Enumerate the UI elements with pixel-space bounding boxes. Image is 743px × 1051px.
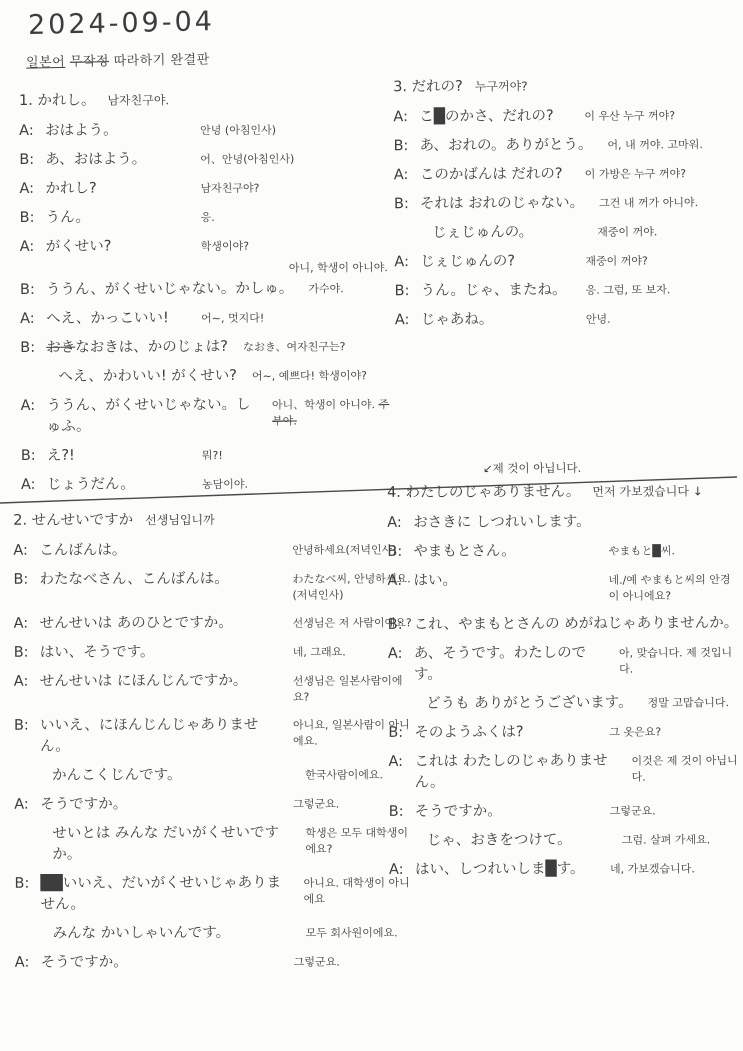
- korean-annotation: 어、안녕(아침인사): [200, 151, 294, 167]
- dialogue-line: A:こ█のかさ、だれの?이 우산 누구 꺼야?: [393, 103, 739, 126]
- korean-annotation: 그렇군요.: [293, 796, 339, 812]
- japanese-text: おさきに しつれいします。: [413, 510, 593, 532]
- section-title-korean: 남자친구야.: [107, 93, 169, 107]
- speaker-label: A:: [13, 543, 39, 559]
- text-segment: 무작정: [70, 54, 109, 70]
- japanese-text: がくせい?: [46, 234, 186, 256]
- korean-annotation: 안녕.: [586, 311, 611, 327]
- japanese-text: ううん、がくせいじゃない。かしゅ。: [46, 277, 293, 299]
- speaker-label: A:: [389, 862, 415, 878]
- dialogue-line: A:じぇじゅんの?재중이 꺼야?: [394, 248, 740, 271]
- speaker-label: A:: [19, 123, 45, 139]
- japanese-text: あ、おはよう。: [45, 147, 185, 169]
- korean-annotation: 어, 내 꺼야. 고마워.: [607, 136, 702, 153]
- japanese-text: こんばんは。: [39, 538, 277, 560]
- korean-annotation: 응.: [201, 209, 215, 225]
- speaker-label: A:: [395, 312, 421, 328]
- speaker-label: A:: [394, 167, 420, 183]
- korean-annotation: 그렇군요.: [294, 954, 340, 970]
- dialogue-line: B:うん。じゃ、またね。응. 그럼, 또 보자.: [395, 277, 741, 300]
- japanese-text: じゃあね。: [421, 307, 571, 329]
- korean-annotation: 안녕하세요(저녁인사): [292, 541, 396, 557]
- section-title-korean: 누구꺼야?: [475, 79, 528, 93]
- speaker-label: A:: [388, 754, 414, 770]
- dialogue-line: A:このかばんは だれの?이 가방은 누구 꺼야?: [394, 161, 740, 184]
- korean-note: 아니, 학생이 아니야.: [20, 259, 388, 277]
- section-3-dareno: 3. だれの?누구꺼야? A:こ█のかさ、だれの?이 우산 누구 꺼야?B:あ、…: [393, 73, 741, 337]
- japanese-text: そのようふくは?: [414, 720, 594, 742]
- dialogue-line: かんこくじんです。한국사람이에요.: [14, 762, 414, 784]
- speaker-label: B:: [388, 617, 414, 633]
- korean-annotation: 네, 가보겠습니다.: [610, 860, 695, 876]
- section-title: 2. せんせいですか선생님입니까: [13, 507, 413, 529]
- japanese-text: へえ、かっこいい!: [46, 306, 186, 328]
- section-title-japanese: 3. だれの?: [393, 79, 463, 95]
- dialogue-line: B:そのようふくは?그 옷은요?: [388, 719, 740, 742]
- dialogue-line: どうも ありがとうございます。정말 고맙습니다.: [388, 690, 740, 713]
- dialogue-line: A:はい、しつれいしま█す。네, 가보겠습니다.: [389, 856, 741, 879]
- korean-annotation: 남자친구야?: [200, 180, 259, 196]
- japanese-text: このかばんは だれの?: [420, 162, 570, 184]
- korean-annotation: 가수야.: [308, 280, 343, 296]
- japanese-text: そうですか。: [415, 799, 595, 821]
- dialogue-line: じゃ、おきをつけて。그럼. 살펴 가세요.: [389, 827, 741, 850]
- korean-annotation: 안녕 (아침인사): [200, 122, 276, 138]
- text-segment: 주부야.: [272, 398, 389, 428]
- dialogue-line: B:わたなべさん、こんばんは。わたなべ씨, 안녕하세요.(저녁인사): [13, 566, 413, 603]
- dialogue-line: B:おきなおきは、かのじょは?なおき、여자친구는?: [20, 334, 392, 357]
- japanese-text: あ、そうです。わたしのです。: [414, 641, 604, 684]
- japanese-text: え?!: [47, 443, 187, 465]
- speaker-label: B:: [394, 196, 420, 212]
- dialogue-line: B:██いいえ、だいがくせいじゃありません。아니요. 대학생이 아니에요: [14, 870, 414, 913]
- section-1-kareshi: 1. かれし。남자친구야. A:おはよう。안녕 (아침인사)B:あ、おはよう。어…: [19, 87, 393, 502]
- korean-annotation: 모두 회사원이에요.: [306, 924, 398, 940]
- dialogue-line: B:やまもとさん。やまもと█씨.: [387, 538, 739, 561]
- dialogue-lines: A:こんばんは。안녕하세요(저녁인사)B:わたなべさん、こんばんは。わたなべ씨,…: [13, 537, 415, 971]
- japanese-text: こ█のかさ、だれの?: [419, 104, 569, 126]
- speaker-label: A:: [394, 254, 420, 270]
- korean-annotation: 뭐?!: [202, 447, 223, 463]
- dialogue-lines: A:こ█のかさ、だれの?이 우산 누구 꺼야?B:あ、おれの。ありがとう。어, …: [393, 103, 741, 329]
- korean-annotation: 학생이야?: [201, 238, 249, 254]
- japanese-text: やまもとさん。: [413, 539, 593, 561]
- japanese-text: いいえ、にほんじんじゃありません。: [40, 713, 278, 756]
- dialogue-line: A:そうですか。그렇군요.: [15, 949, 415, 971]
- speaker-label: A:: [19, 181, 45, 197]
- korean-annotation: 어~, 멋지다!: [201, 310, 264, 326]
- dialogue-line: B:あ、おはよう。어、안녕(아침인사): [19, 146, 391, 169]
- korean-annotation: 이 우산 누구 꺼야?: [584, 107, 675, 124]
- dialogue-line: A:じゃあね。안녕.: [395, 306, 741, 329]
- korean-annotation: 아, 맞습니다. 제 것입니다.: [619, 644, 740, 677]
- speaker-label: A:: [15, 955, 41, 971]
- speaker-label: B:: [20, 340, 46, 356]
- speaker-label: A:: [14, 674, 40, 690]
- page-title: 일본어 무작정 따라하기 완결판: [26, 48, 210, 70]
- korean-note-arrow: ↙제 것이 아닙니다.: [483, 459, 739, 476]
- japanese-text: それは おれのじゃない。: [420, 191, 584, 213]
- speaker-label: A:: [393, 109, 419, 125]
- dialogue-line: A:かれし?남자친구야?: [19, 175, 391, 198]
- speaker-label: B:: [19, 152, 45, 168]
- date-heading: 2024-09-04: [28, 6, 216, 41]
- japanese-text: そうですか。: [40, 792, 278, 814]
- section-title: 1. かれし。남자친구야.: [19, 87, 391, 110]
- section-title: 3. だれの?누구꺼야?: [393, 73, 739, 96]
- japanese-text: これ、やまもとさんの めがねじゃありませんか。: [414, 611, 739, 634]
- korean-annotation: 재중이 꺼야.: [597, 223, 657, 239]
- section-title-japanese: 4. わたしのじゃありません。: [387, 484, 580, 501]
- japanese-text: せんせいは あのひとですか。: [40, 611, 278, 633]
- japanese-text: そうですか。: [41, 950, 279, 972]
- speaker-label: A:: [387, 573, 413, 589]
- dialogue-line: B:いいえ、にほんじんじゃありません。아니요, 일본사람이 아니에요.: [14, 712, 414, 755]
- dialogue-lines: A:おさきに しつれいします。B:やまもとさん。やまもと█씨.A:はい。네./예…: [387, 509, 741, 879]
- speaker-label: B:: [389, 804, 415, 820]
- japanese-text: ██いいえ、だいがくせいじゃありません。: [40, 871, 288, 914]
- japanese-text: ううん、がくせいじゃない。しゅふ。: [47, 393, 258, 436]
- speaker-label: B:: [14, 645, 40, 661]
- dialogue-line: A:せんせいは にほんじんですか。선생님은 일본사람이에요?: [14, 668, 414, 705]
- korean-annotation: 농담이야.: [202, 476, 248, 492]
- section-title: 4. わたしのじゃありません。먼저 가보겠습니다 ↓: [387, 479, 739, 502]
- japanese-text: じぇじゅんの?: [420, 249, 570, 271]
- dialogue-line: B:あ、おれの。ありがとう。어, 내 꺼야. 고마워.: [394, 132, 740, 155]
- speaker-label: A:: [14, 616, 40, 632]
- dialogue-line: A:がくせい?학생이야?: [20, 233, 392, 256]
- speaker-label: A:: [21, 477, 47, 493]
- japanese-text: おはよう。: [45, 118, 185, 140]
- japanese-text: はい、そうです。: [40, 640, 278, 662]
- korean-annotation: なおき、여자친구는?: [243, 338, 346, 355]
- korean-annotation: 아니、학생이 아니야. 주부야.: [272, 396, 393, 429]
- korean-annotation: 응. 그럼, 또 보자.: [586, 281, 671, 298]
- speaker-label: B:: [387, 544, 413, 560]
- speaker-label: B:: [21, 448, 47, 464]
- dialogue-line: B:うん。응.: [20, 204, 392, 227]
- japanese-text: かれし?: [45, 176, 185, 198]
- dialogue-line: じぇじゅんの。재중이 꺼야.: [394, 219, 740, 242]
- korean-annotation: 그렇군요.: [610, 803, 656, 819]
- japanese-text: どうも ありがとうございます。: [426, 691, 633, 713]
- japanese-text: うん。じゃ、またね。: [421, 278, 571, 300]
- speaker-label: B:: [13, 572, 39, 588]
- korean-annotation: 어~, 예쁘다! 학생이야?: [252, 367, 367, 384]
- japanese-text: あ、おれの。ありがとう。: [420, 133, 593, 155]
- text-segment: 일본어: [26, 55, 65, 71]
- korean-annotation: 이 가방은 누구 꺼야?: [585, 165, 686, 182]
- japanese-text: はい、しつれいしま█す。: [415, 857, 595, 879]
- japanese-text: へえ、かわいい! がくせい?: [58, 364, 237, 386]
- korean-annotation: 그 옷은요?: [609, 723, 661, 739]
- dialogue-line: せいとは みんな だいがくせいですか。학생은 모두 대학생이에요?: [14, 820, 414, 863]
- speaker-label: B:: [395, 283, 421, 299]
- korean-annotation: やまもと█씨.: [608, 542, 675, 558]
- dialogue-line: B:はい、そうです。네, 그래요.: [14, 639, 414, 661]
- notebook-page: 2024-09-04 일본어 무작정 따라하기 완결판 1. かれし。남자친구야…: [0, 0, 743, 1051]
- japanese-text: はい。: [413, 568, 593, 590]
- dialogue-line: A:はい。네./예 やまもと씨의 안경이 아니에요?: [387, 567, 739, 605]
- japanese-text: おきなおきは、かのじょは?: [46, 335, 228, 357]
- dialogue-line: A:ううん、がくせいじゃない。しゅふ。아니、학생이 아니야. 주부야.: [21, 392, 393, 436]
- japanese-text: かんこくじんです。: [52, 763, 290, 785]
- speaker-label: A:: [20, 239, 46, 255]
- dialogue-line: B:ううん、がくせいじゃない。かしゅ。가수야.: [20, 276, 392, 299]
- dialogue-line: みんな かいしゃいんです。모두 회사원이에요.: [15, 920, 415, 942]
- section-title-korean: 먼저 가보겠습니다 ↓: [592, 484, 702, 499]
- japanese-text: うん。: [46, 205, 186, 227]
- dialogue-line: A:へえ、かっこいい!어~, 멋지다!: [20, 305, 392, 328]
- dialogue-line: A:おさきに しつれいします。: [387, 509, 739, 532]
- korean-annotation: 이것은 제 것이 아닙니다.: [631, 752, 740, 785]
- dialogue-line: A:せんせいは あのひとですか。선생님은 저 사람이에요?: [14, 610, 414, 632]
- speaker-label: B:: [14, 876, 40, 892]
- speaker-label: B:: [20, 210, 46, 226]
- dialogue-line: A:そうですか。그렇군요.: [14, 791, 414, 813]
- japanese-text: じぇじゅんの。: [432, 220, 582, 242]
- speaker-label: B:: [394, 138, 420, 154]
- japanese-text: じょうだん。: [47, 472, 187, 494]
- korean-annotation: 네, 그래요.: [293, 644, 346, 660]
- japanese-text: これは わたしのじゃありません。: [414, 749, 616, 792]
- dialogue-line: B:これ、やまもとさんの めがねじゃありませんか。: [388, 611, 740, 634]
- japanese-text: せいとは みんな だいがくせいですか。: [52, 821, 290, 864]
- dialogue-line: B:それは おれのじゃない。그건 내 꺼가 아니야.: [394, 190, 740, 213]
- japanese-text: みんな かいしゃいんです。: [53, 921, 291, 943]
- korean-annotation: 한국사람이에요.: [305, 766, 383, 782]
- dialogue-line: A:あ、そうです。わたしのです。아, 맞습니다. 제 것입니다.: [388, 640, 740, 684]
- section-4-watashino: ↙제 것이 아닙니다. 4. わたしのじゃありません。먼저 가보겠습니다 ↓ A…: [387, 459, 741, 887]
- speaker-label: A:: [388, 646, 414, 662]
- dialogue-line: A:これは わたしのじゃありません。이것은 제 것이 아닙니다.: [388, 748, 740, 792]
- dialogue-line: A:こんばんは。안녕하세요(저녁인사): [13, 537, 413, 559]
- speaker-label: A:: [387, 515, 413, 531]
- speaker-label: A:: [14, 797, 40, 813]
- japanese-text: わたなべさん、こんばんは。: [39, 567, 277, 589]
- section-title-korean: 선생님입니까: [145, 513, 215, 527]
- japanese-text: じゃ、おきをつけて。: [427, 828, 607, 850]
- text-segment: おき: [46, 340, 75, 356]
- section-2-sensei: 2. せんせいですか선생님입니까 A:こんばんは。안녕하세요(저녁인사)B:わた…: [13, 507, 415, 979]
- korean-annotation: 정말 고맙습니다.: [648, 694, 729, 710]
- korean-annotation: 그럼. 살펴 가세요.: [622, 831, 710, 847]
- dialogue-line: B:そうですか。그렇군요.: [389, 798, 741, 821]
- dialogue-line: B:え?!뭐?!: [21, 442, 393, 465]
- speaker-label: A:: [20, 311, 46, 327]
- dialogue-lines: A:おはよう。안녕 (아침인사)B:あ、おはよう。어、안녕(아침인사)A:かれし…: [19, 117, 393, 494]
- speaker-label: B:: [14, 718, 40, 734]
- korean-annotation: 네./예 やまもと씨의 안경이 아니에요?: [608, 571, 739, 604]
- korean-annotation: 그건 내 꺼가 아니야.: [599, 194, 698, 211]
- korean-annotation: 재중이 꺼야?: [585, 252, 648, 268]
- section-title-japanese: 1. かれし。: [19, 93, 96, 109]
- speaker-label: A:: [21, 398, 47, 414]
- section-title-japanese: 2. せんせいですか: [13, 512, 133, 528]
- japanese-text: せんせいは にほんじんですか。: [40, 669, 278, 691]
- dialogue-line: A:じょうだん。농담이야.: [21, 471, 393, 494]
- speaker-label: B:: [388, 725, 414, 741]
- dialogue-line: へえ、かわいい! がくせい?어~, 예쁘다! 학생이야?: [20, 363, 392, 386]
- dialogue-line: A:おはよう。안녕 (아침인사): [19, 117, 391, 140]
- speaker-label: B:: [20, 282, 46, 298]
